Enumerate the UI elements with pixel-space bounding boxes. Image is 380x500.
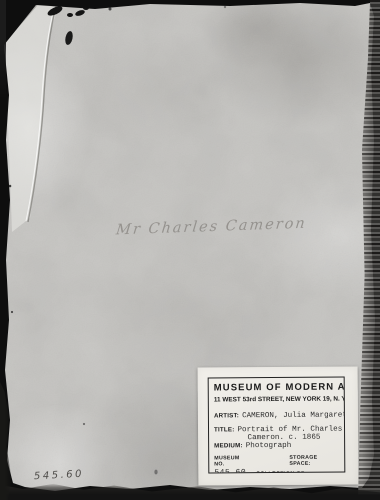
moma-label-sticker: MUSEUM OF MODERN ART 11 WEST 53rd STREET… xyxy=(198,366,359,485)
title-row: TITLE: Portrait of Mr. Charles Cameron. … xyxy=(214,426,340,443)
medium-label: MEDIUM: xyxy=(214,442,243,449)
moma-label-border: MUSEUM OF MODERN ART 11 WEST 53rd STREET… xyxy=(208,377,346,474)
medium-row: MEDIUM: Photograph xyxy=(214,442,340,451)
storage-space-label: STORAGE SPACE: xyxy=(289,455,340,467)
museum-name: MUSEUM OF MODERN ART xyxy=(214,382,340,394)
museum-address: 11 WEST 53rd STREET, NEW YORK 19, N. Y. xyxy=(214,396,340,404)
pencil-inscription: Mr Charles Cameron xyxy=(115,216,307,239)
accession-number-pencil: 545.60 xyxy=(34,469,85,483)
museum-no-label: MUSEUM NO. xyxy=(214,455,251,467)
artist-label: ARTIST: xyxy=(214,412,239,419)
corner-fold xyxy=(5,3,58,232)
photo-verso-scene: Mr Charles Cameron 545.60 MUSEUM OF MODE… xyxy=(0,0,380,500)
artist-row: ARTIST: CAMERON, Julia Margaret xyxy=(214,412,340,421)
title-label: TITLE: xyxy=(214,426,235,433)
medium-value: Photograph xyxy=(246,442,292,450)
museum-no-value: 545.60 xyxy=(214,468,246,473)
cardboard-back: Mr Charles Cameron 545.60 MUSEUM OF MODE… xyxy=(0,0,380,500)
collection-label: COLLECTION OF PHOTOGRAPHS xyxy=(256,471,340,474)
catalog-values-row: 545.60 COLLECTION OF PHOTOGRAPHS xyxy=(214,468,340,474)
catalog-fields-row: MUSEUM NO. STORAGE SPACE: xyxy=(214,455,340,468)
ink-blots xyxy=(9,4,227,474)
artist-value: CAMERON, Julia Margaret xyxy=(242,412,345,421)
dark-edge-left-top xyxy=(0,0,6,100)
